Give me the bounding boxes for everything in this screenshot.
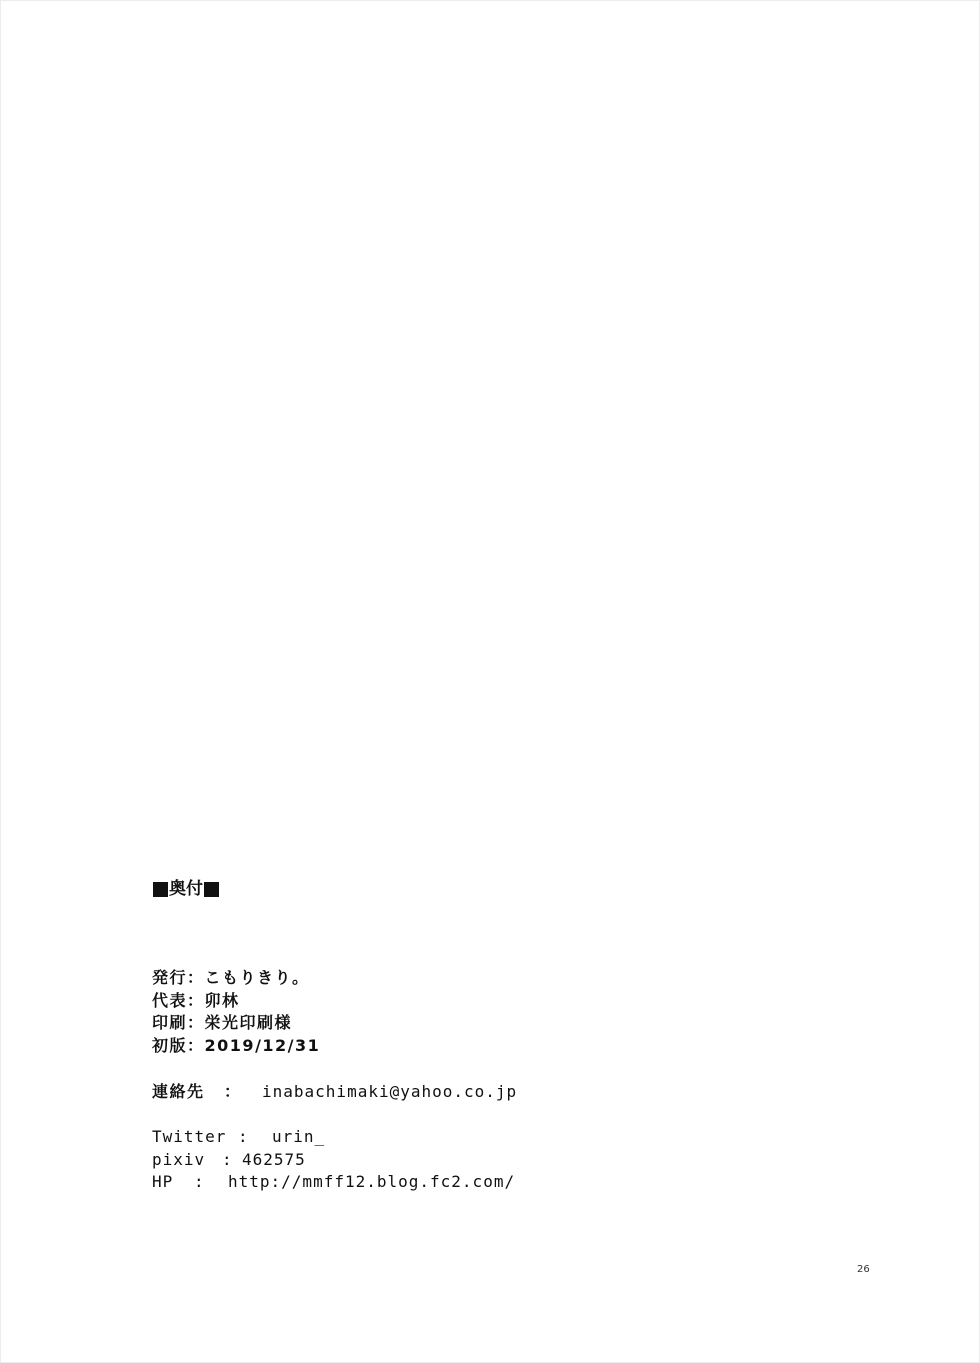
social-label: Twitter — [152, 1126, 238, 1149]
social-value: 462575 — [242, 1150, 306, 1169]
publication-info: 発行：こもりきり。 代表：卯林 印刷：栄光印刷様 初版：2019/12/31 — [152, 967, 320, 1057]
info-value: 卯林 — [205, 991, 240, 1010]
page-number: 26 — [857, 1264, 870, 1275]
colophon-section: 奥付 — [152, 877, 220, 901]
social-row-homepage: HP:http://mmff12.blog.fc2.com/ — [152, 1171, 515, 1194]
contact-separator: ： — [224, 1081, 262, 1104]
info-row-publisher: 発行：こもりきり。 — [152, 967, 320, 990]
social-row-pixiv: pixiv:462575 — [152, 1149, 515, 1172]
social-separator: : — [238, 1126, 272, 1149]
social-links: Twitter:urin_ pixiv:462575 HP:http://mmf… — [152, 1126, 515, 1194]
info-separator: ： — [187, 1036, 205, 1055]
info-row-first-edition: 初版：2019/12/31 — [152, 1035, 320, 1058]
black-square-icon — [204, 882, 219, 897]
social-separator: : — [222, 1149, 242, 1172]
info-label: 代表 — [152, 991, 187, 1010]
social-value: http://mmff12.blog.fc2.com/ — [228, 1172, 515, 1191]
info-row-printer: 印刷：栄光印刷様 — [152, 1012, 320, 1035]
info-separator: ： — [187, 1013, 205, 1032]
info-row-representative: 代表：卯林 — [152, 990, 320, 1013]
contact-row: 連絡先：inabachimaki@yahoo.co.jp — [152, 1081, 517, 1104]
info-value: 2019/12/31 — [205, 1036, 321, 1055]
colophon-title-text: 奥付 — [169, 877, 203, 901]
contact-label: 連絡先 — [152, 1081, 224, 1104]
social-label: pixiv — [152, 1149, 222, 1172]
social-label: HP — [152, 1171, 194, 1194]
info-label: 発行 — [152, 968, 187, 987]
black-square-icon — [153, 882, 168, 897]
info-separator: ： — [187, 968, 205, 987]
info-label: 初版 — [152, 1036, 187, 1055]
info-value: 栄光印刷様 — [205, 1013, 293, 1032]
social-separator: : — [194, 1171, 228, 1194]
social-row-twitter: Twitter:urin_ — [152, 1126, 515, 1149]
colophon-title: 奥付 — [152, 877, 220, 901]
info-label: 印刷 — [152, 1013, 187, 1032]
info-value: こもりきり。 — [205, 968, 310, 987]
contact-info: 連絡先：inabachimaki@yahoo.co.jp — [152, 1081, 517, 1104]
contact-email: inabachimaki@yahoo.co.jp — [262, 1082, 517, 1101]
social-value: urin_ — [272, 1127, 325, 1146]
info-separator: ： — [187, 991, 205, 1010]
